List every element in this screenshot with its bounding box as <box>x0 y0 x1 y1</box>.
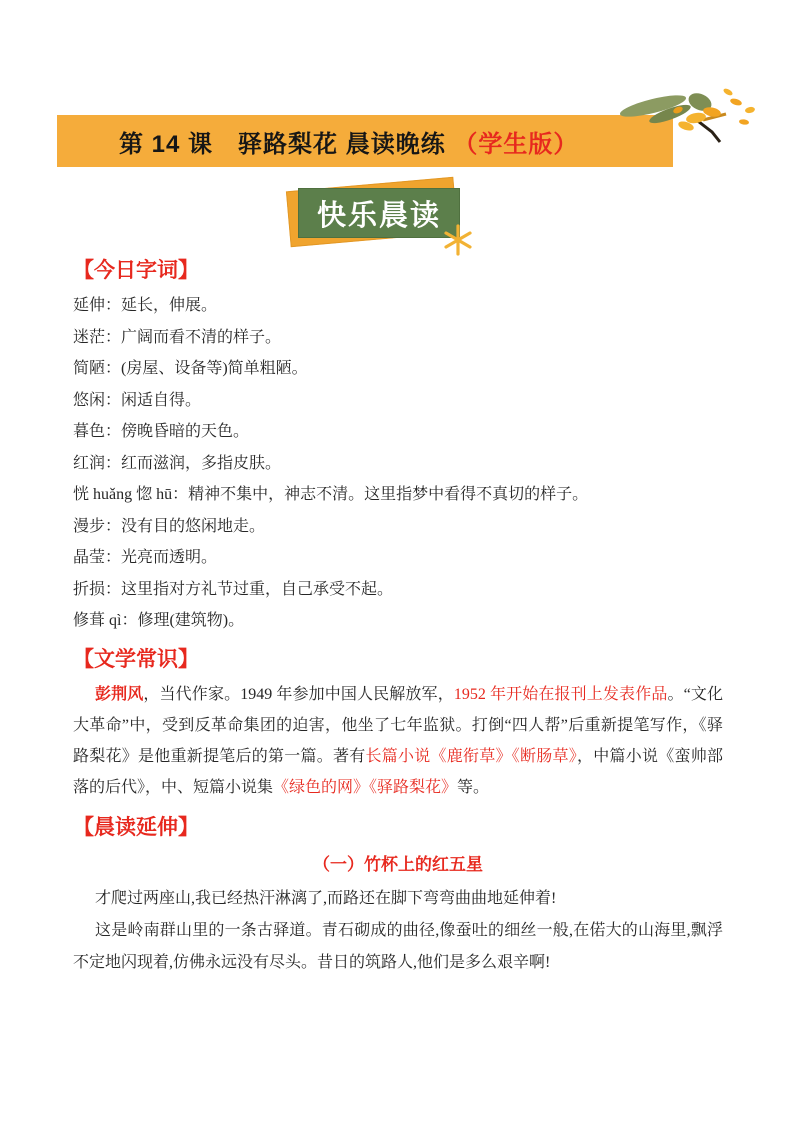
extension-paragraphs: 才爬过两座山,我已经热汗淋漓了,而路还在脚下弯弯曲曲地延伸着!这是岭南群山里的一… <box>73 883 723 979</box>
content: 【今日字词】 延伸：延长，伸展。迷茫：广阔而看不清的样子。简陋：(房屋、设备等)… <box>73 256 723 979</box>
flower-sprig-icon <box>608 80 778 160</box>
vocab-entry: 延伸：延长，伸展。 <box>73 290 723 322</box>
vocab-heading: 【今日字词】 <box>73 256 723 284</box>
extension-paragraph: 这是岭南群山里的一条古驿道。青石砌成的曲径,像蚕吐的细丝一般,在偌大的山海里,飘… <box>73 915 723 979</box>
literature-heading: 【文学常识】 <box>73 645 723 673</box>
literature-segment: 等。 <box>457 779 489 796</box>
vocab-entry: 折损：这里指对方礼节过重，自己承受不起。 <box>73 574 723 606</box>
lesson-title-edition: （学生版） <box>453 131 578 158</box>
header-banner: 第 14 课 驿路梨花 晨读晚练 （学生版） <box>57 115 673 167</box>
vocab-entry: 漫步：没有目的悠闲地走。 <box>73 511 723 543</box>
badge-label: 快乐晨读 <box>317 193 441 234</box>
literature-segment: 《绿色的网》《驿路梨花》 <box>273 779 457 796</box>
vocab-entry: 迷茫：广阔而看不清的样子。 <box>73 322 723 354</box>
morning-reading-badge: 快乐晨读 <box>284 178 484 262</box>
literature-segment: ，当代作家。1949 年参加中国人民解放军， <box>143 686 453 703</box>
vocab-entry: 暮色：傍晚昏暗的天色。 <box>73 416 723 448</box>
extension-heading: 【晨读延伸】 <box>73 813 723 841</box>
sparkle-asterisk-icon <box>442 224 474 256</box>
lesson-title: 第 14 课 驿路梨花 晨读晚练 （学生版） <box>119 124 578 159</box>
vocab-list: 延伸：延长，伸展。迷茫：广阔而看不清的样子。简陋：(房屋、设备等)简单粗陋。悠闲… <box>73 290 723 637</box>
lesson-title-text: 第 14 课 驿路梨花 晨读晚练 <box>119 131 453 158</box>
vocab-entry: 修葺 qì：修理(建筑物)。 <box>73 605 723 637</box>
vocab-entry: 晶莹：光亮而透明。 <box>73 542 723 574</box>
badge-front: 快乐晨读 <box>298 188 460 238</box>
vocab-entry: 恍 huǎng 惚 hū：精神不集中，神志不清。这里指梦中看得不真切的样子。 <box>73 479 723 511</box>
literature-segment: 1952 年开始在报刊上发表作品 <box>454 686 668 703</box>
vocab-entry: 简陋：(房屋、设备等)简单粗陋。 <box>73 353 723 385</box>
extension-subtitle: （一）竹杯上的红五星 <box>73 851 723 879</box>
vocab-entry: 悠闲：闲适自得。 <box>73 385 723 417</box>
page-root: 第 14 课 驿路梨花 晨读晚练 （学生版） 快乐晨读 <box>0 0 793 1122</box>
vocab-entry: 红润：红而滋润，多指皮肤。 <box>73 448 723 480</box>
literature-segment: 长篇小说《鹿衔草》《断肠草》 <box>365 748 576 765</box>
literature-segment: 彭荆风 <box>95 686 143 703</box>
extension-paragraph: 才爬过两座山,我已经热汗淋漓了,而路还在脚下弯弯曲曲地延伸着! <box>73 883 723 915</box>
literature-paragraph: 彭荆风，当代作家。1949 年参加中国人民解放军，1952 年开始在报刊上发表作… <box>73 679 723 803</box>
